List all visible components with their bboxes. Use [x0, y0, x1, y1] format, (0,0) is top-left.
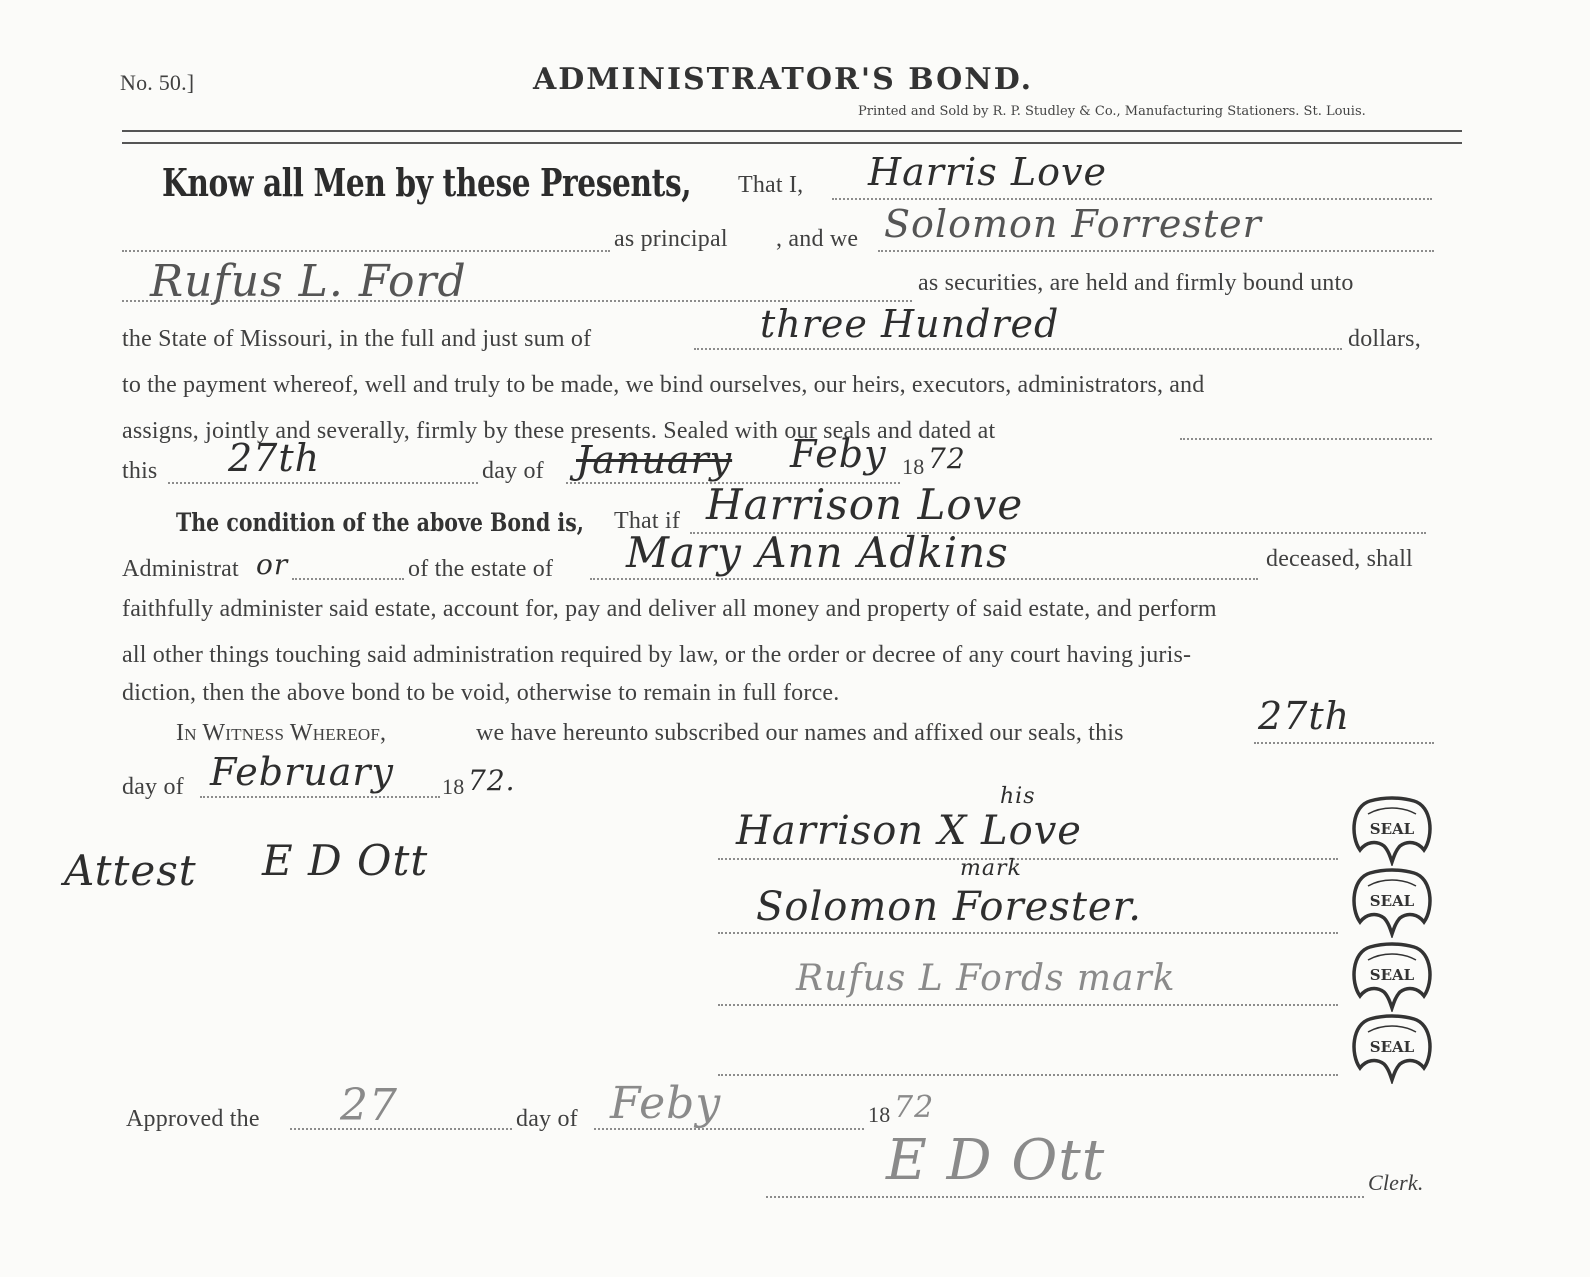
principal-line-blank[interactable]	[122, 250, 610, 252]
header-rule-top	[122, 130, 1462, 132]
seal-emblem-icon: SEAL	[1350, 942, 1434, 1012]
clerk-signature-field[interactable]	[766, 1196, 1364, 1198]
state-of-missouri-text: the State of Missouri, in the full and j…	[122, 326, 591, 353]
signature-2-value: Solomon Forester.	[756, 884, 1142, 930]
as-principal-label: as principal	[614, 226, 728, 253]
deceased-name-field[interactable]	[590, 578, 1258, 580]
witness-year-suffix: 72.	[468, 764, 516, 797]
approval-day-field[interactable]	[290, 1128, 512, 1130]
dollars-label: dollars,	[1348, 326, 1421, 353]
year-suffix: 72	[928, 442, 966, 475]
condition-paragraph-line-1: faithfully administer said estate, accou…	[122, 596, 1217, 623]
header-rule-bottom	[122, 142, 1462, 144]
approval-day-of-label: day of	[516, 1106, 578, 1133]
svg-text:SEAL: SEAL	[1370, 966, 1415, 984]
signature-1-annotation: his	[1000, 784, 1036, 809]
opening-phrase: Know all Men by these Presents,	[162, 160, 691, 205]
administrat-suffix-field[interactable]	[292, 578, 404, 580]
condition-label: The condition of the above Bond is,	[176, 508, 584, 537]
date-day-field[interactable]	[168, 482, 478, 484]
attest-label: Attest	[64, 846, 197, 895]
seal-4: SEAL	[1350, 1014, 1434, 1084]
seal-3: SEAL	[1350, 942, 1434, 1012]
and-we-label: , and we	[776, 226, 858, 253]
witness-clause: we have hereunto subscribed our names an…	[476, 720, 1124, 747]
condition-paragraph-line-2: all other things touching said administr…	[122, 642, 1191, 669]
date-month-struck-value: January	[576, 438, 732, 482]
clerk-label: Clerk.	[1368, 1170, 1424, 1196]
approval-day-value: 27	[340, 1080, 398, 1131]
seal-emblem-icon: SEAL	[1350, 868, 1434, 938]
deceased-name-value: Mary Ann Adkins	[626, 528, 1009, 577]
approval-year-suffix: 72	[894, 1090, 934, 1125]
principal-name-field[interactable]	[832, 198, 1432, 200]
signature-line-2[interactable]	[718, 932, 1338, 934]
form-number: No. 50.]	[120, 70, 194, 96]
sum-field[interactable]	[694, 348, 1342, 350]
witness-day-field[interactable]	[1254, 742, 1434, 744]
approval-month-value: Feby	[610, 1078, 721, 1129]
security-1-field[interactable]	[878, 250, 1434, 252]
witness-year-prefix: 18	[442, 774, 464, 800]
witness-month-value: February	[210, 750, 394, 794]
as-securities-label: as securities, are held and firmly bound…	[918, 270, 1354, 297]
witness-day-value: 27th	[1258, 694, 1350, 738]
seal-1: SEAL	[1350, 796, 1434, 866]
document-title: ADMINISTRATOR'S BOND.	[533, 62, 1033, 97]
signature-line-1[interactable]	[718, 858, 1338, 860]
seal-2: SEAL	[1350, 868, 1434, 938]
payment-clause: to the payment whereof, well and truly t…	[122, 372, 1204, 399]
printer-imprint: Printed and Sold by R. P. Studley & Co.,…	[858, 104, 1366, 119]
security-1-value: Solomon Forrester	[884, 202, 1262, 246]
condition-paragraph-line-3: diction, then the above bond to be void,…	[122, 680, 839, 707]
signature-1-value: Harrison X Love	[736, 808, 1082, 854]
witness-lead: In Witness Whereof,	[176, 720, 386, 747]
clerk-signature-value: E D Ott	[886, 1128, 1105, 1193]
sum-value: three Hundred	[760, 302, 1059, 346]
witness-month-field[interactable]	[200, 796, 440, 798]
seal-emblem-icon: SEAL	[1350, 796, 1434, 866]
that-i-label: That I,	[738, 172, 803, 199]
deceased-shall-label: deceased, shall	[1266, 546, 1413, 573]
seal-emblem-icon: SEAL	[1350, 1014, 1434, 1084]
date-day-value: 27th	[228, 436, 320, 480]
approved-the-label: Approved the	[126, 1106, 260, 1133]
of-estate-label: of the estate of	[408, 556, 553, 583]
day-of-label: day of	[482, 458, 544, 485]
signature-3-value: Rufus L Fords mark	[796, 958, 1176, 999]
year-prefix: 18	[902, 454, 924, 480]
attest-signature: E D Ott	[262, 836, 428, 885]
witness-day-of-label: day of	[122, 774, 184, 801]
security-2-value: Rufus L. Ford	[150, 256, 467, 307]
svg-text:SEAL: SEAL	[1370, 892, 1415, 910]
signature-2-annotation: mark	[960, 856, 1022, 881]
svg-text:SEAL: SEAL	[1370, 820, 1415, 838]
principal-name-value: Harris Love	[868, 150, 1107, 194]
this-label: this	[122, 458, 157, 485]
svg-text:SEAL: SEAL	[1370, 1038, 1415, 1056]
administrat-label: Administrat	[122, 556, 239, 583]
signature-line-3[interactable]	[718, 1004, 1338, 1006]
date-month-value: Feby	[790, 432, 887, 476]
dated-at-field[interactable]	[1180, 438, 1432, 440]
administrat-suffix: or	[256, 548, 288, 581]
approval-year-prefix: 18	[868, 1102, 890, 1128]
signature-line-4[interactable]	[718, 1074, 1338, 1076]
administrator-name-value: Harrison Love	[706, 480, 1023, 529]
